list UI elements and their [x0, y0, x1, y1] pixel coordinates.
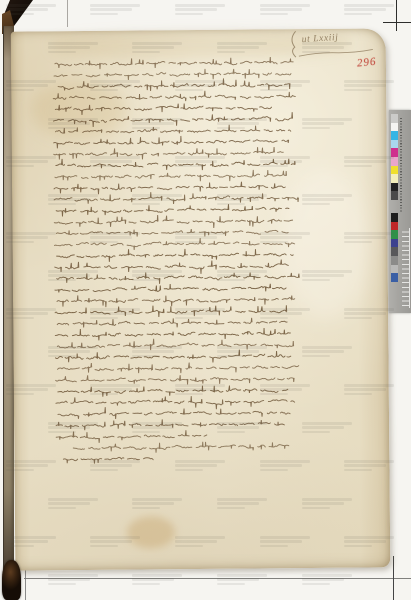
watermark-stamp [260, 4, 310, 17]
color-patch [391, 247, 398, 256]
watermark-stamp [344, 4, 394, 17]
handwriting-line [57, 294, 295, 308]
handwriting-line [57, 248, 294, 263]
color-patch-column [391, 114, 398, 282]
color-patch [391, 230, 398, 239]
color-patch-gap [391, 200, 398, 213]
color-patch [391, 174, 398, 183]
color-patch [391, 273, 398, 282]
color-patch [391, 166, 398, 175]
color-patch [391, 222, 398, 231]
handwriting-line [55, 327, 290, 341]
handwriting-line [54, 68, 291, 80]
handwriting-line [54, 147, 284, 160]
color-bar-caption-text [400, 118, 402, 213]
watermark-stamp [48, 574, 98, 587]
color-patch [391, 123, 398, 132]
handwriting-line [56, 204, 289, 217]
parchment-stain [31, 81, 127, 140]
handwriting-line [55, 170, 287, 183]
handwriting-line [56, 418, 284, 430]
crop-mark-top-right-vertical [396, 0, 397, 31]
handwriting-line [55, 260, 289, 276]
color-patch [391, 183, 398, 192]
handwriting-line [73, 441, 289, 453]
handwriting-line [54, 237, 294, 250]
handwriting-line [54, 181, 285, 194]
parchment-highlight [280, 169, 371, 320]
color-patch [391, 114, 398, 123]
crop-mark-top-left-vertical [67, 0, 68, 27]
handwriting-line [57, 271, 299, 285]
color-patch [391, 265, 398, 274]
crop-mark-bottom-left-vertical [25, 570, 26, 600]
color-calibration-bar [389, 110, 411, 313]
color-patch [391, 191, 398, 200]
handwriting-line [58, 385, 288, 397]
crop-mark-top-right-horizontal [383, 22, 411, 23]
color-patch [391, 213, 398, 222]
color-patch [391, 256, 398, 265]
handwriting-line [55, 103, 271, 115]
watermark-stamp [302, 574, 352, 587]
watermark-stamp [175, 4, 225, 17]
parchment-stain [127, 516, 175, 548]
handwriting-line [55, 349, 290, 364]
handwriting-line [54, 135, 289, 148]
handwriting-line [57, 338, 293, 352]
color-patch [391, 239, 398, 248]
handwriting-line [55, 57, 293, 70]
folio-number: 296 [356, 56, 377, 70]
handwriting-line [54, 214, 292, 229]
handwriting-line [63, 457, 153, 464]
handwriting-line [56, 430, 207, 443]
watermark-stamp [132, 574, 182, 587]
handwriting-line [55, 283, 286, 293]
watermark-stamp [217, 574, 267, 587]
handwriting-line [58, 361, 299, 374]
color-patch [391, 148, 398, 157]
handwriting-line [56, 373, 294, 385]
watermark-stamp [90, 4, 140, 17]
handwriting-line [54, 191, 298, 205]
color-patch [391, 140, 398, 149]
crop-mark-bottom-horizontal [24, 578, 411, 579]
handwriting-line [56, 228, 288, 238]
handwriting-line [57, 317, 287, 328]
crop-mark-bottom-right-vertical [393, 556, 394, 600]
handwriting-line [55, 305, 287, 318]
handwriting-line [56, 395, 295, 410]
handwriting-line [56, 157, 295, 171]
manuscript-text-block [11, 28, 391, 570]
color-patch [391, 157, 398, 166]
book-clasp [2, 560, 21, 600]
manuscript-scan: ut Lxxiij 296 [0, 0, 411, 600]
handwriting-line [53, 90, 295, 102]
handwriting-line [53, 112, 292, 127]
ruler-ticks [402, 228, 410, 308]
handwriting-line [58, 406, 290, 420]
handwriting-line [55, 124, 290, 134]
parchment-page: ut Lxxiij 296 [11, 28, 391, 570]
color-patch [391, 131, 398, 140]
handwriting-line [58, 78, 290, 92]
